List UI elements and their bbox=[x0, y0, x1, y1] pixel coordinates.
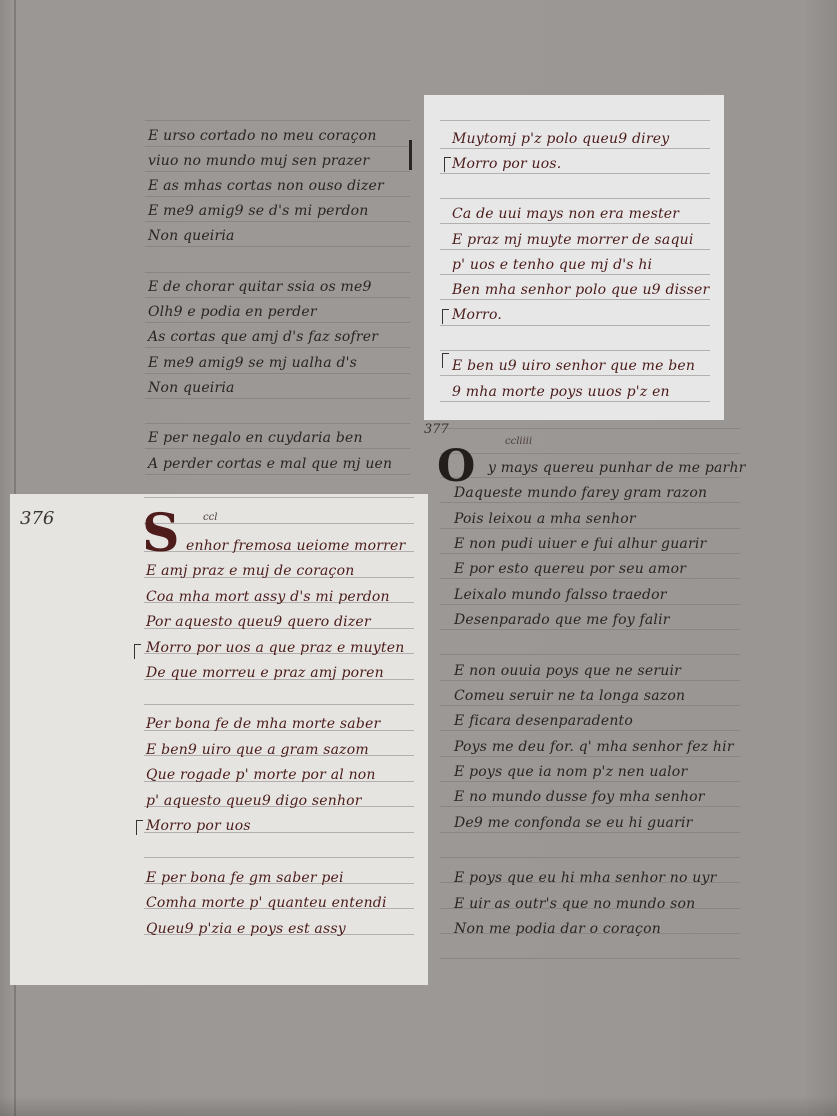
ruling-line bbox=[440, 958, 740, 959]
ruling-line bbox=[440, 350, 710, 351]
ruling-line bbox=[440, 756, 740, 757]
verse-line: E no mundo dusse foy mha senhor bbox=[454, 789, 705, 805]
verse-line: Muytomj p'z polo queu9 direy bbox=[452, 131, 669, 147]
verse-line: Por aquesto queu9 quero dizer bbox=[146, 614, 371, 630]
refrain-bracket bbox=[442, 353, 449, 368]
verse-line: Non queiria bbox=[148, 380, 235, 396]
ruling-line bbox=[145, 423, 410, 424]
ruling-line bbox=[440, 223, 710, 224]
verse-line: E non pudi uiuer e fui alhur guarir bbox=[454, 536, 706, 552]
ruling-line bbox=[145, 146, 410, 147]
ruling-line bbox=[440, 120, 710, 121]
ruling-line bbox=[145, 322, 410, 323]
ruling-line bbox=[145, 272, 410, 273]
verse-line: As cortas que amj d's faz sofrer bbox=[148, 329, 378, 345]
verse-line: Que rogade p' morte por al non bbox=[146, 767, 376, 783]
ruling-line bbox=[145, 373, 410, 374]
inset-panel-top-right: Muytomj p'z polo queu9 direy Morro por u… bbox=[424, 95, 724, 420]
verse-line: Per bona fe de mha morte saber bbox=[146, 716, 380, 732]
verse-line: Morro. bbox=[452, 307, 502, 323]
ruling-line bbox=[440, 173, 710, 174]
verse-line: enhor fremosa ueiome morrer bbox=[186, 538, 405, 554]
verse-line: Desenparado que me foy falir bbox=[454, 612, 670, 628]
ruling-line bbox=[440, 401, 710, 402]
inset-panel-bottom-left: 376 ccl enhor fremosa ueiome morrer E am… bbox=[10, 494, 428, 985]
verse-line: A perder cortas e mal que mj uen bbox=[148, 456, 392, 472]
verse-line: Queu9 p'zia e poys est assy bbox=[146, 921, 346, 937]
verse-line: Non me podia dar o coraçon bbox=[454, 921, 661, 937]
ruling-line bbox=[440, 428, 740, 429]
verse-line: Morro por uos a que praz e muyten bbox=[146, 640, 404, 656]
verse-line: Ben mha senhor polo que u9 disser bbox=[452, 282, 709, 298]
verse-line: E uir as outr's que no mundo son bbox=[454, 896, 695, 912]
ruling-line bbox=[440, 148, 710, 149]
verse-line: E ben9 uiro que a gram sazom bbox=[146, 742, 369, 758]
verse-line: E urso cortado no meu coraçon bbox=[148, 128, 377, 144]
ruling-line bbox=[144, 497, 414, 498]
ruling-line bbox=[145, 474, 410, 475]
decorated-initial-S: S bbox=[142, 508, 180, 560]
verse-line: E me9 amig9 se mj ualha d's bbox=[148, 355, 357, 371]
verse-line: E as mhas cortas non ouso dizer bbox=[148, 178, 384, 194]
verse-line: E me9 amig9 se d's mi perdon bbox=[148, 203, 369, 219]
verse-line: Morro por uos. bbox=[452, 156, 561, 172]
verse-line: E praz mj muyte morrer de saqui bbox=[452, 232, 694, 248]
verse-line: Olh9 e podia en perder bbox=[148, 304, 317, 320]
verse-line: E por esto quereu por seu amor bbox=[454, 561, 686, 577]
ruling-line bbox=[145, 246, 410, 247]
verse-line: Comeu seruir ne ta longa sazon bbox=[454, 688, 685, 704]
verse-line: 9 mha morte poys uuos p'z en bbox=[452, 384, 670, 400]
verse-line: Daqueste mundo farey gram razon bbox=[454, 485, 707, 501]
decorated-initial-O: O bbox=[437, 445, 475, 489]
verse-line: E per negalo en cuydaria ben bbox=[148, 430, 363, 446]
verse-line: E de chorar quitar ssia os me9 bbox=[148, 279, 372, 295]
verse-line: E per bona fe gm saber pei bbox=[146, 870, 344, 886]
ruling-line bbox=[145, 120, 410, 121]
ruling-line bbox=[440, 453, 740, 454]
ruling-line bbox=[145, 221, 410, 222]
ruling-line bbox=[145, 297, 410, 298]
ruling-line bbox=[145, 398, 410, 399]
ruling-line bbox=[440, 502, 740, 503]
ruling-line bbox=[440, 857, 740, 858]
ruling-line bbox=[440, 604, 740, 605]
ruling-line bbox=[440, 629, 740, 630]
verse-line: De9 me confonda se eu hi guarir bbox=[454, 815, 693, 831]
ruling-line bbox=[144, 704, 414, 705]
refrain-bracket bbox=[442, 309, 449, 324]
verse-line: Coa mha mort assy d's mi perdon bbox=[146, 589, 390, 605]
ruling-line bbox=[440, 274, 710, 275]
rubric-annotation: ccliiii bbox=[505, 436, 532, 447]
folio-number-right: 377 bbox=[424, 422, 449, 437]
ruling-line bbox=[440, 578, 740, 579]
ruling-line bbox=[144, 857, 414, 858]
ruling-line bbox=[440, 806, 740, 807]
ruling-line bbox=[144, 523, 414, 524]
ruling-line bbox=[145, 347, 410, 348]
verse-line: E ficara desenparadento bbox=[454, 713, 633, 729]
verse-line: p' uos e tenho que mj d's hi bbox=[452, 257, 652, 273]
verse-line: E poys que ia nom p'z nen ualor bbox=[454, 764, 687, 780]
ruling-line bbox=[440, 781, 740, 782]
manuscript-page: E urso cortado no meu coraçon viuo no mu… bbox=[0, 0, 837, 1116]
ruling-line bbox=[440, 730, 740, 731]
ruling-line bbox=[440, 299, 710, 300]
refrain-bracket bbox=[134, 644, 141, 659]
verse-line: y mays quereu punhar de me parhr bbox=[488, 460, 746, 476]
ruling-line bbox=[440, 198, 710, 199]
ruling-line bbox=[440, 680, 740, 681]
ruling-line bbox=[145, 171, 410, 172]
verse-line: Non queiria bbox=[148, 228, 235, 244]
column-marker bbox=[409, 140, 412, 170]
ruling-line bbox=[145, 196, 410, 197]
verse-line: Comha morte p' quanteu entendi bbox=[146, 895, 387, 911]
ruling-line bbox=[440, 528, 740, 529]
verse-line: Morro por uos bbox=[146, 818, 251, 834]
ruling-line bbox=[440, 705, 740, 706]
ruling-line bbox=[440, 325, 710, 326]
folio-number-left: 376 bbox=[20, 508, 54, 529]
ruling-line bbox=[440, 553, 740, 554]
verse-line: Pois leixou a mha senhor bbox=[454, 511, 636, 527]
refrain-bracket bbox=[444, 157, 451, 172]
ruling-line bbox=[440, 477, 740, 478]
verse-line: E amj praz e muj de coraçon bbox=[146, 563, 354, 579]
ruling-line bbox=[145, 448, 410, 449]
rubric-annotation: ccl bbox=[203, 512, 217, 523]
verse-line: Ca de uui mays non era mester bbox=[452, 206, 679, 222]
ruling-line bbox=[440, 832, 740, 833]
verse-line: E non ouuia poys que ne seruir bbox=[454, 663, 681, 679]
ruling-line bbox=[440, 654, 740, 655]
verse-line: E ben u9 uiro senhor que me ben bbox=[452, 358, 695, 374]
ruling-line bbox=[440, 249, 710, 250]
refrain-bracket bbox=[136, 820, 143, 835]
verse-line: E poys que eu hi mha senhor no uyr bbox=[454, 870, 717, 886]
verse-line: Poys me deu for. q' mha senhor fez hir bbox=[454, 739, 734, 755]
verse-line: De que morreu e praz amj poren bbox=[146, 665, 384, 681]
ruling-line bbox=[440, 375, 710, 376]
page-bottom-edge bbox=[0, 1096, 837, 1116]
verse-line: viuo no mundo muj sen prazer bbox=[148, 153, 369, 169]
verse-line: Leixalo mundo falsso traedor bbox=[454, 587, 667, 603]
verse-line: p' aquesto queu9 digo senhor bbox=[146, 793, 362, 809]
